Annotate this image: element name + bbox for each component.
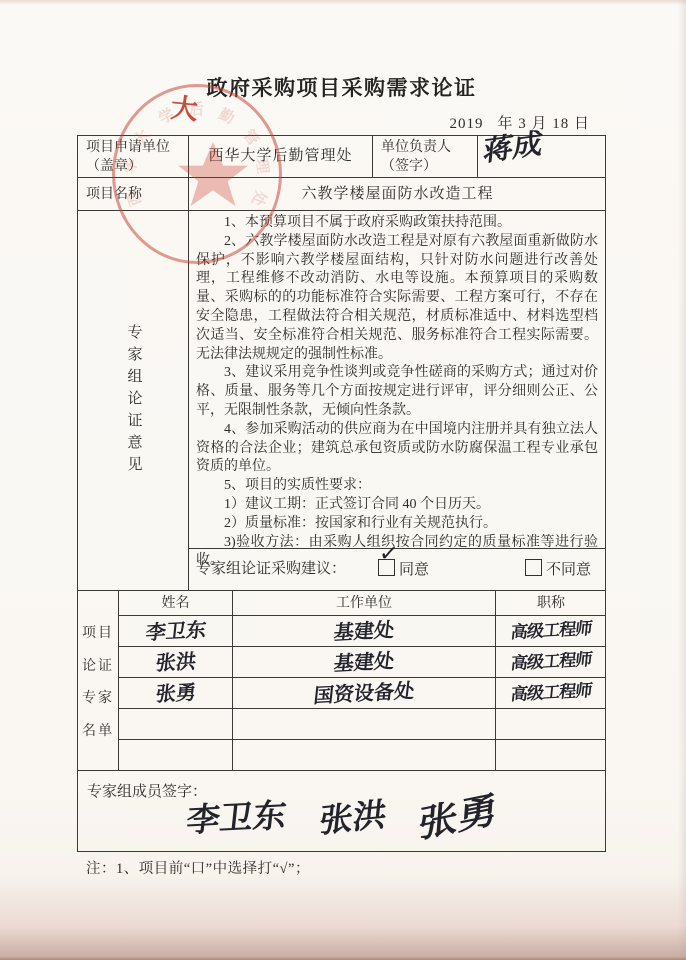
expert-row-name: 李卫东 <box>119 616 233 647</box>
opinion-paragraph: 4、参加采购活动的供应商为在中国境内注册并具有独立法人资格的合法企业；建筑总承包… <box>196 421 598 477</box>
expert-row-unit: 基建处 <box>233 616 496 647</box>
signature-name: 张勇 <box>418 800 498 834</box>
agree-checkbox[interactable]: ✓ <box>378 559 395 576</box>
agree-option: ✓同意 <box>378 559 429 580</box>
unit-leader-signature: 蒋成 <box>482 134 544 161</box>
document-title: 政府采购项目采购需求论证 <box>77 72 606 102</box>
expert-row-title <box>496 709 606 740</box>
opinion-paragraph: 1）建议工期：正式签订合同 40 个日历天。 <box>196 496 598 515</box>
expert-row-name: 张洪 <box>119 647 233 678</box>
expert-signatures-label: 专家组成员签字： <box>87 783 207 802</box>
signature-name: 张洪 <box>318 805 387 831</box>
expert-row-title: 高级工程师 <box>496 678 606 709</box>
unit-leader-signature-cell: 蒋成 <box>478 136 606 178</box>
project-name-label: 项目名称 <box>78 178 189 211</box>
opinion-paragraph: 5、项目的实质性要求： <box>196 477 598 496</box>
check-mark-icon: ✓ <box>378 544 399 565</box>
date-year: 2019 <box>449 116 483 132</box>
expert-row-unit: 基建处 <box>233 647 496 678</box>
expert-row-title: 高级工程师 <box>496 616 606 647</box>
expert-row-unit: 国资设备处 <box>233 678 496 709</box>
expert-opinion-side-label-cell: 专家组论证意见 <box>78 211 189 591</box>
applicant-unit-value: 西华大学后勤管理处 <box>189 136 373 178</box>
form-table: 项目申请单位 （盖章） 西华大学后勤管理处 单位负责人 （签字） 蒋成 项目名称… <box>77 135 606 852</box>
recommendation-row: 专家组论证采购建议： ✓同意 不同意 <box>189 549 606 591</box>
expert-row-title: 高级工程师 <box>496 647 606 678</box>
scan-edge-bottom <box>0 875 686 960</box>
unit-leader-label: 单位负责人 （签字） <box>373 136 478 178</box>
expert-row-name: 张勇 <box>119 678 233 709</box>
seal-ring-char: 勤 <box>215 103 238 129</box>
expert-opinion-side-label: 专家组论证意见 <box>124 324 143 478</box>
disagree-checkbox[interactable] <box>525 559 542 576</box>
opinion-paragraph: 1、本预算项目不属于政府采购政策扶持范围。 <box>196 214 598 233</box>
recommendation-label: 专家组论证采购建议： <box>196 560 346 579</box>
applicant-unit-label: 项目申请单位 （盖章） <box>78 136 189 178</box>
column-header-unit: 工作单位 <box>233 591 496 616</box>
opinion-paragraph: 3、建议采用竞争性谈判或竞争性磋商的采购方式；通过对价格、质量、服务等几个方面按… <box>196 364 598 420</box>
expert-opinion-text: 1、本预算项目不属于政府采购政策扶持范围。 2、六教学楼屋面防水改造工程是对原有… <box>189 211 606 549</box>
experts-side-label: 项目 论证 专家 名单 <box>78 591 119 771</box>
expert-signatures-row: 专家组成员签字： 李卫东 张洪 张勇 <box>78 771 606 853</box>
column-header-title: 职称 <box>496 591 606 616</box>
disagree-label: 不同意 <box>546 562 591 578</box>
project-name-value: 六教学楼屋面防水改造工程 <box>189 178 606 211</box>
expert-row-unit <box>233 740 496 771</box>
column-header-name: 姓名 <box>119 591 233 616</box>
opinion-paragraph: 2）质量标准：按国家和行业有关规范执行。 <box>196 515 598 534</box>
scan-edge-right <box>678 0 686 960</box>
expert-signatures: 李卫东 张洪 张勇 <box>187 808 496 827</box>
agree-label: 同意 <box>399 562 429 578</box>
seal-ring-char: 学 <box>155 103 178 129</box>
signature-name: 李卫东 <box>186 805 288 829</box>
opinion-paragraph: 2、六教学楼屋面防水改造工程是对原有六教屋面重新做防水保护，不影响六教学楼屋面结… <box>196 233 598 365</box>
expert-row-name <box>119 740 233 771</box>
scan-edge-top <box>0 0 686 5</box>
expert-row-unit <box>233 709 496 740</box>
expert-row-title <box>496 740 606 771</box>
scanned-document-page: 政府采购项目采购需求论证 2019年 3 月 18 日 西 华 大 学 后 勤 … <box>0 0 686 960</box>
expert-row-name <box>119 709 233 740</box>
disagree-option: 不同意 <box>525 559 591 580</box>
